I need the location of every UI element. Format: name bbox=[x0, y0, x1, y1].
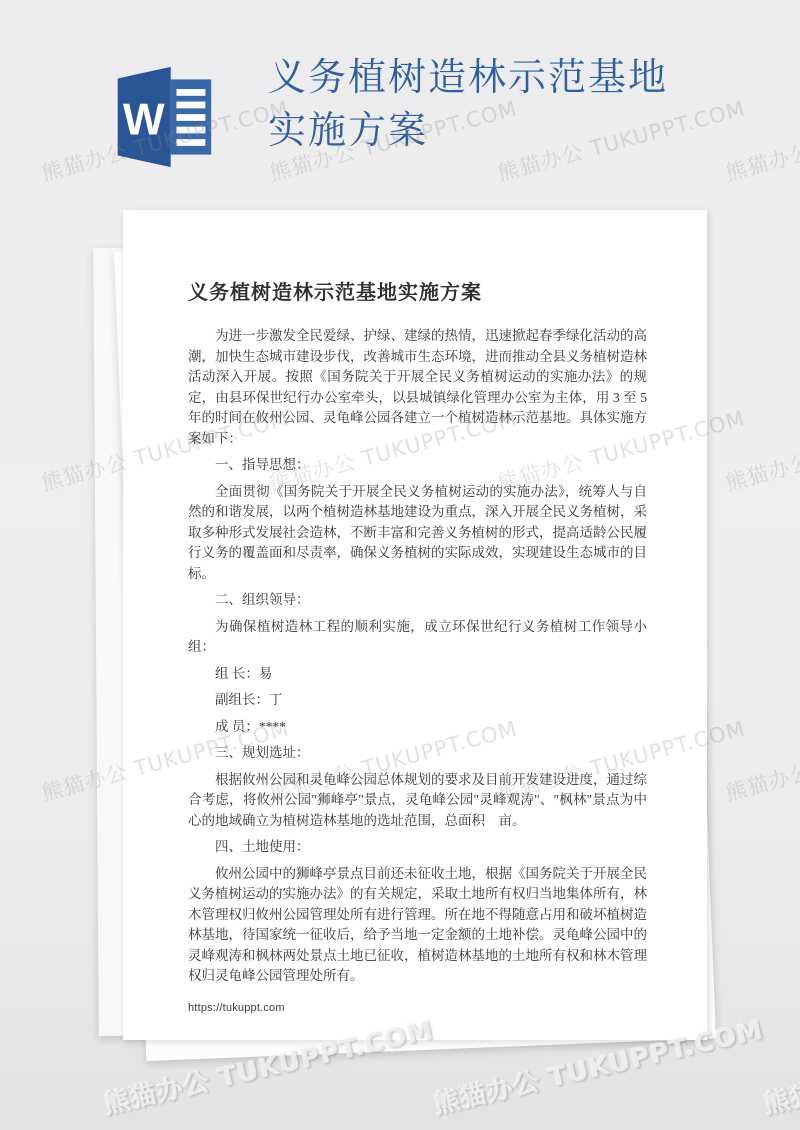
document-title: 义务植树造林示范基地实施方案 bbox=[188, 278, 647, 308]
watermark-text: 熊猫办公 TUKUPPT.COM bbox=[760, 1010, 800, 1122]
watermark-text: 熊猫办公 TUKUPPT.COM bbox=[722, 402, 800, 497]
page-canvas: W 义务植树造林示范基地实施方案 义务植树造林示范基地实施方案 为进一步激发全民… bbox=[0, 0, 800, 1130]
doc-para: 攸州公园中的狮峰亭景点目前还未征收土地，根据《国务院关于开展全民义务植树运动的实… bbox=[188, 864, 647, 987]
watermark-text: 熊猫办公 TUKUPPT.COM bbox=[722, 712, 800, 807]
doc-para: 为进一步激发全民爱绿、护绿、建绿的热情，迅速掀起春季绿化活动的高潮，加快生态城市… bbox=[188, 326, 647, 449]
doc-para: 根据攸州公园和灵龟峰公园总体规划的要求及目前开发建设进度，通过综合考虑，将攸州公… bbox=[188, 770, 647, 832]
header: W 义务植树造林示范基地实施方案 bbox=[0, 0, 800, 200]
doc-heading: 一、指导思想： bbox=[188, 455, 647, 476]
document-footer-url: https://tukuppt.com bbox=[188, 1002, 285, 1014]
doc-heading: 二、组织领导： bbox=[188, 590, 647, 611]
doc-para: 组 长：易 bbox=[188, 664, 647, 685]
doc-para: 成 员：**** bbox=[188, 717, 647, 738]
page-title: 义务植树造林示范基地实施方案 bbox=[268, 52, 700, 158]
doc-heading: 三、规划选址： bbox=[188, 743, 647, 764]
word-icon-letter: W bbox=[123, 95, 165, 144]
doc-para: 全面贯彻《国务院关于开展全民义务植树运动的实施办法》，统筹人与自然的和谐发展，以… bbox=[188, 482, 647, 585]
doc-blocks: 为进一步激发全民爱绿、护绿、建绿的热情，迅速掀起春季绿化活动的高潮，加快生态城市… bbox=[188, 326, 647, 987]
word-icon: W bbox=[110, 64, 216, 170]
doc-heading: 四、土地使用： bbox=[188, 837, 647, 858]
doc-para: 为确保植树造林工程的顺利实施，成立环保世纪行义务植树工作领导小组： bbox=[188, 617, 647, 658]
doc-para: 副组长：丁 bbox=[188, 690, 647, 711]
document-page: 义务植树造林示范基地实施方案 为进一步激发全民爱绿、护绿、建绿的热情，迅速掀起春… bbox=[123, 210, 707, 1040]
